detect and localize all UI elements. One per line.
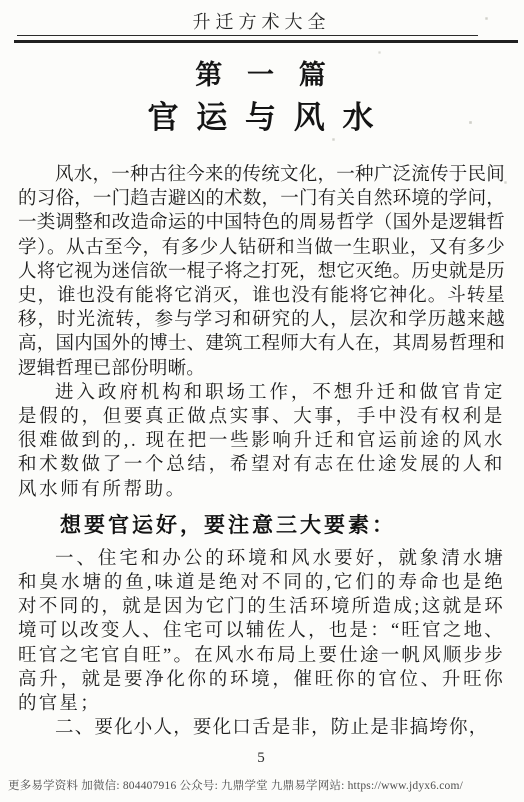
factor-2-paragraph: 二、要化小人，要化口舌是非，防止是非搞垮你， [18,716,505,740]
header-rule-thin [17,35,478,36]
factor-1-paragraph: 一、住宅和办公的环境和风水要好，就象清水塘和臭水塘的鱼,味道是绝对不同的,它们的… [18,547,505,716]
watermark-footer: 更多易学资料 加微信: 804407916 公众号: 九鼎学堂 九鼎易学网站: … [8,777,463,793]
scan-noise [0,0,1,1]
section-heading: 想要官运好，要注意三大要素： [18,510,505,540]
chapter-number-heading: 第 一 篇 [18,58,505,92]
header-rule-thick [14,40,518,43]
book-page: 升迁方术大全 第 一 篇 官 运 与 风 水 风水，一种古往今来的传统文化，一种… [0,0,524,802]
running-head: 升迁方术大全 [18,12,505,33]
chapter-title-heading: 官 运 与 风 水 [18,99,505,137]
page-number: 5 [18,750,505,767]
intro-paragraph-2: 进入政府机构和职场工作，不想升迁和做官肯定是假的，但要真正做点实事、大事，手中没… [18,381,505,502]
intro-paragraph-1: 风水，一种古往今来的传统文化，一种广泛流传于民间的习俗，一门趋吉避凶的术数，一门… [18,163,505,381]
